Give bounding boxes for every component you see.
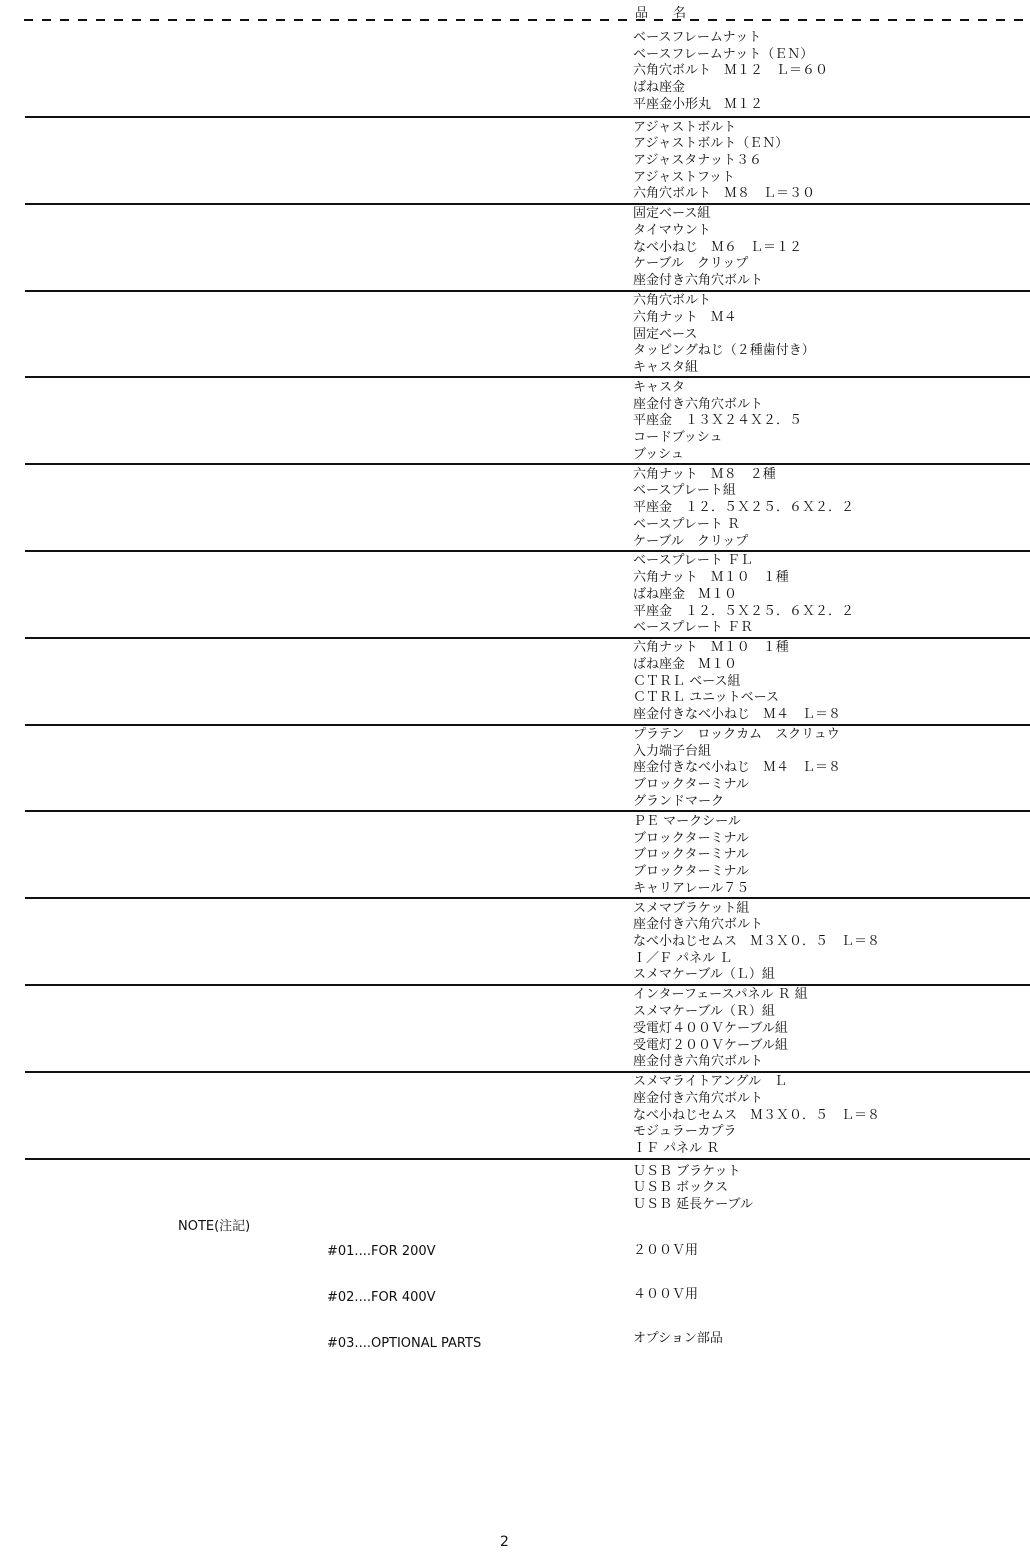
part-name: タッピングねじ（２種歯付き） [25,343,1030,360]
part-name: ベースプレート ＦＲ [25,620,1030,636]
part-name: ＵＳＢ ボックス [25,1180,1030,1197]
note-codes: #01....FOR 200V #02....FOR 400V #03....O… [327,1213,481,1382]
part-name: 平座金 １２．５Ｘ２５．６Ｘ２．２ [25,500,1030,517]
part-name: 受電灯２００Ｖケーブル組 [25,1038,1030,1055]
part-name: ブロックターミナル [25,831,1030,848]
part-name: 固定ベース [25,327,1030,344]
part-name: アジャスタナット３６ [25,153,1030,170]
note-label: NOTE(注記) [178,1215,250,1234]
part-name: なべ小ねじセムス Ｍ３Ｘ０．５ Ｌ＝８ [25,934,1030,951]
part-name: なべ小ねじセムス Ｍ３Ｘ０．５ Ｌ＝８ [25,1108,1030,1125]
parts-group: スメマライトアングル Ｌ座金付き六角穴ボルトなべ小ねじセムス Ｍ３Ｘ０．５ Ｌ＝… [25,1071,1030,1158]
part-name: スメマケーブル（Ｌ）組 [25,967,1030,983]
part-name: 六角穴ボルト Ｍ１２ Ｌ＝６０ [25,63,1030,80]
part-name: ブロックターミナル [25,777,1030,794]
part-name: ブッシュ [25,447,1030,463]
part-name: 六角ナット Ｍ１０ １種 [25,570,1030,587]
parts-group: ベースフレームナットベースフレームナット（ＥＮ）六角穴ボルト Ｍ１２ Ｌ＝６０ば… [25,21,1030,116]
parts-group: ＰＥ マークシールブロックターミナルブロックターミナルブロックターミナルキャリア… [25,810,1030,897]
part-name: 座金付きなべ小ねじ Ｍ４ Ｌ＝８ [25,760,1030,777]
part-name: 六角ナット Ｍ４ [25,310,1030,327]
parts-group: アジャストボルトアジャストボルト（ＥＮ）アジャスタナット３６アジャストフット六角… [25,116,1030,203]
note-meaning-2: ４００Ｖ用 [633,1288,723,1303]
part-name: 座金付き六角穴ボルト [25,1091,1030,1108]
part-name: 座金付きなべ小ねじ Ｍ４ Ｌ＝８ [25,707,1030,723]
parts-group: 六角ナット Ｍ８ ２種ベースプレート組平座金 １２．５Ｘ２５．６Ｘ２．２ベースプ… [25,463,1030,550]
part-name: ベースプレート Ｒ [25,517,1030,534]
part-name: スメマライトアングル Ｌ [25,1074,1030,1091]
part-name: 六角穴ボルト Ｍ８ Ｌ＝３０ [25,186,1030,202]
parts-group: キャスタ座金付き六角穴ボルト平座金 １３Ｘ２４Ｘ２．５コードブッシュブッシュ [25,376,1030,463]
note-meanings: ２００Ｖ用 ４００Ｖ用 オプション部品 [633,1215,723,1376]
parts-group: インターフェースパネル Ｒ 組スメマケーブル（Ｒ）組受電灯４００Ｖケーブル組受電… [25,984,1030,1071]
parts-group: スメマブラケット組座金付き六角穴ボルトなべ小ねじセムス Ｍ３Ｘ０．５ Ｌ＝８Ｉ／… [25,897,1030,984]
parts-list-page: 品 名 ベースフレームナットベースフレームナット（ＥＮ）六角穴ボルト Ｍ１２ Ｌ… [0,0,1030,1564]
part-name: ＵＳＢ 延長ケーブル [25,1197,1030,1214]
part-name: グランドマーク [25,794,1030,810]
part-name: ベースプレート ＦＬ [25,553,1030,570]
parts-group: プラテン ロックカム スクリュウ入力端子台組座金付きなべ小ねじ Ｍ４ Ｌ＝８ブロ… [25,724,1030,811]
part-name: ブロックターミナル [25,864,1030,881]
part-name: 六角穴ボルト [25,293,1030,310]
part-name: 受電灯４００Ｖケーブル組 [25,1021,1030,1038]
parts-group: 六角ナット Ｍ１０ １種ばね座金 Ｍ１０ＣＴＲＬ ベース組ＣＴＲＬ ユニットベー… [25,637,1030,724]
part-name: 固定ベース組 [25,206,1030,223]
part-name: 座金付き六角穴ボルト [25,1054,1030,1070]
part-name: 六角ナット Ｍ８ ２種 [25,467,1030,484]
part-name: ケーブル クリップ [25,256,1030,273]
part-name: キャリアレール７５ [25,881,1030,897]
part-name: 六角ナット Ｍ１０ １種 [25,640,1030,657]
part-name: ＣＴＲＬ ユニットベース [25,690,1030,707]
part-name: 入力端子台組 [25,744,1030,761]
part-name: 座金付き六角穴ボルト [25,397,1030,414]
part-name: ＰＥ マークシール [25,814,1030,831]
note-code-2: #02....FOR 400V [327,1290,481,1305]
part-name: アジャストフット [25,170,1030,187]
part-name: ケーブル クリップ [25,534,1030,550]
parts-group: 固定ベース組タイマウントなべ小ねじ Ｍ６ Ｌ＝１２ケーブル クリップ座金付き六角… [25,203,1030,290]
note-meaning-3: オプション部品 [633,1332,723,1347]
note-code-1: #01....FOR 200V [327,1244,481,1259]
note-meaning-1: ２００Ｖ用 [633,1244,723,1259]
part-name: ばね座金 [25,80,1030,97]
part-name: スメマケーブル（Ｒ）組 [25,1004,1030,1021]
part-name: キャスタ組 [25,360,1030,376]
part-name: ベースプレート組 [25,483,1030,500]
part-name: ばね座金 Ｍ１０ [25,587,1030,604]
part-name: 座金付き六角穴ボルト [25,917,1030,934]
part-name: なべ小ねじ Ｍ６ Ｌ＝１２ [25,240,1030,257]
page-number: 2 [500,1534,509,1550]
part-name: アジャストボルト（ＥＮ） [25,136,1030,153]
part-name: ベースフレームナット [25,30,1030,47]
part-name: ベースフレームナット（ＥＮ） [25,47,1030,64]
part-name: キャスタ [25,380,1030,397]
part-name: プラテン ロックカム スクリュウ [25,727,1030,744]
part-name: Ｉ／Ｆ パネル Ｌ [25,951,1030,968]
part-name: 平座金 １３Ｘ２４Ｘ２．５ [25,413,1030,430]
part-name: モジュラーカプラ [25,1124,1030,1141]
part-name: 座金付き六角穴ボルト [25,273,1030,289]
part-name: コードブッシュ [25,430,1030,447]
part-name: 平座金 １２．５Ｘ２５．６Ｘ２．２ [25,604,1030,621]
part-name: タイマウント [25,223,1030,240]
parts-group: ベースプレート ＦＬ六角ナット Ｍ１０ １種ばね座金 Ｍ１０平座金 １２．５Ｘ２… [25,550,1030,637]
part-name: ＵＳＢ ブラケット [25,1164,1030,1181]
parts-group: 六角穴ボルト六角ナット Ｍ４固定ベースタッピングねじ（２種歯付き）キャスタ組 [25,290,1030,377]
part-name: アジャストボルト [25,120,1030,137]
part-name: ＣＴＲＬ ベース組 [25,674,1030,691]
part-name: ブロックターミナル [25,847,1030,864]
parts-group: ＵＳＢ ブラケットＵＳＢ ボックスＵＳＢ 延長ケーブル [25,1158,1030,1214]
part-name: スメマブラケット組 [25,901,1030,918]
part-name: 平座金小形丸 Ｍ１２ [25,97,1030,114]
part-name: ＩＦ パネル Ｒ [25,1141,1030,1157]
note-code-3: #03....OPTIONAL PARTS [327,1336,481,1351]
part-name: ばね座金 Ｍ１０ [25,657,1030,674]
parts-table: ベースフレームナットベースフレームナット（ＥＮ）六角穴ボルト Ｍ１２ Ｌ＝６０ば… [25,21,1030,1214]
part-name: インターフェースパネル Ｒ 組 [25,987,1030,1004]
